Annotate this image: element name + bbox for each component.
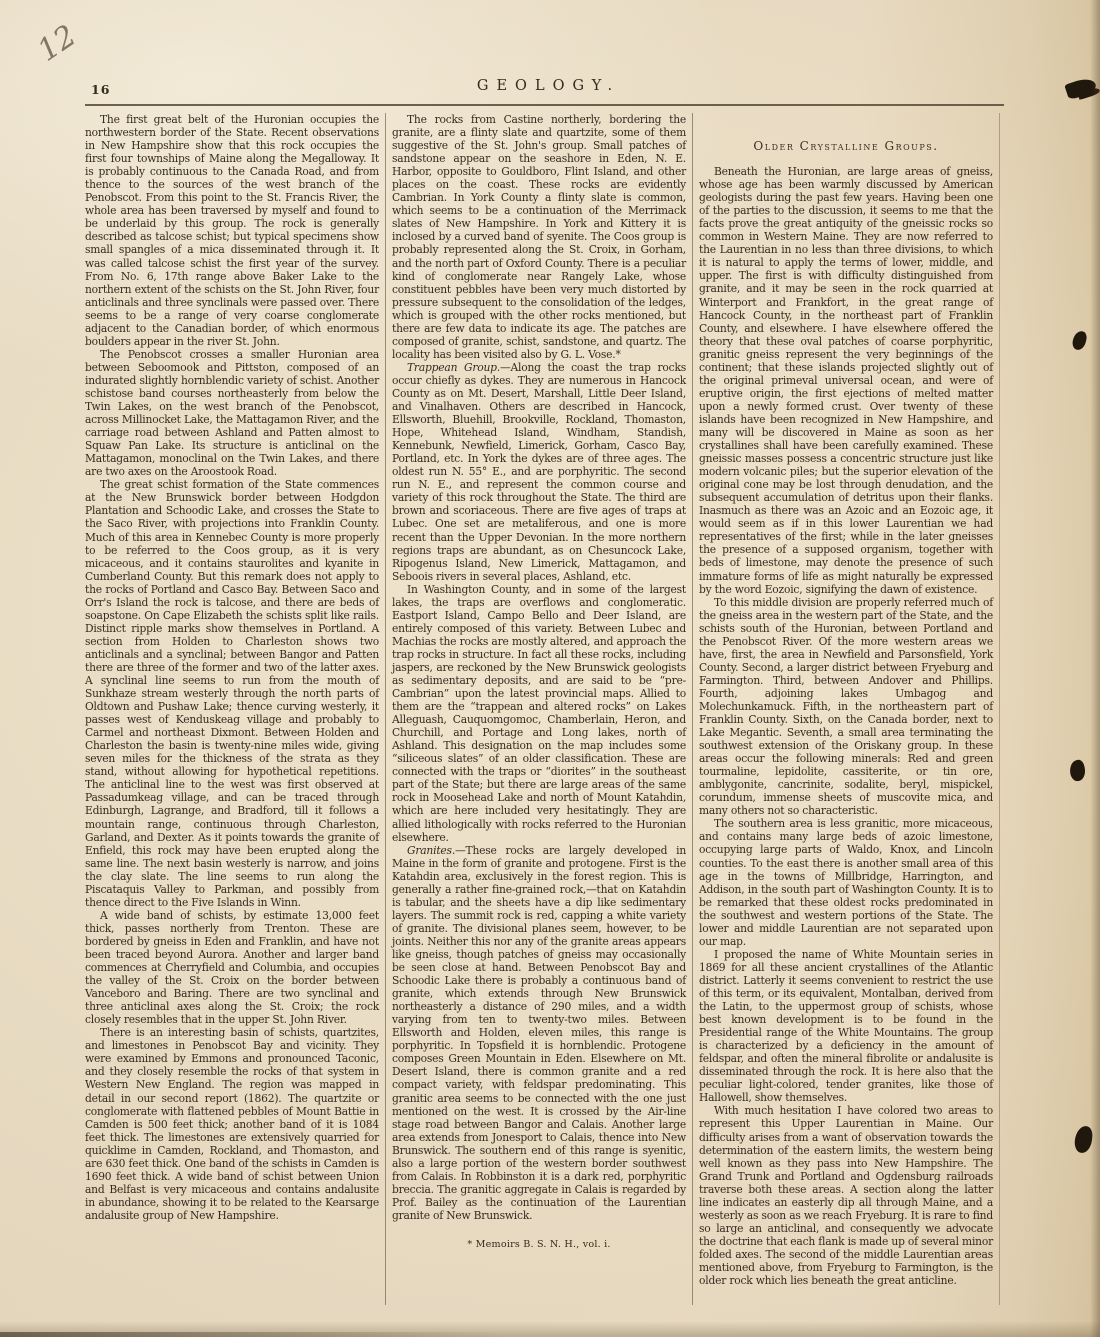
page-edge-shadow (1090, 0, 1100, 1337)
page-number: 16 (91, 82, 110, 97)
paragraph: Trappean Group.—Along the coast the trap… (392, 361, 686, 583)
paragraph: The Penobscot crosses a smaller Huronian… (85, 348, 379, 478)
footnote: * Memoirs B. S. N. H., vol. i. (392, 1238, 686, 1251)
paragraph: The first great belt of the Huronian occ… (85, 113, 379, 348)
paragraph: The southern area is less granitic, more… (699, 817, 993, 947)
column-3: Older Crystalline Groups.Beneath the Hur… (699, 113, 993, 1311)
paragraph-lead-italic: Granites. (407, 844, 455, 857)
column-divider (385, 113, 386, 1305)
paragraph: With much hesitation I have colored two … (699, 1104, 993, 1287)
right-margin-rule (999, 113, 1000, 1305)
paragraph: The rocks from Castine northerly, border… (392, 113, 686, 361)
running-head: GEOLOGY. (85, 78, 1004, 94)
paragraph-lead-italic: Trappean Group. (407, 361, 500, 374)
handwritten-mark: 12 (31, 18, 82, 68)
paragraph: The great schist formation of the State … (85, 478, 379, 909)
paragraph: There is an interesting basin of schists… (85, 1026, 379, 1222)
paragraph: Granites.—These rocks are largely develo… (392, 844, 686, 1222)
paragraph: Beneath the Huronian, are large areas of… (699, 165, 993, 596)
column-2: The rocks from Castine northerly, border… (392, 113, 686, 1311)
paragraph: I proposed the name of White Mountain se… (699, 948, 993, 1105)
page-bottom-edge (0, 1332, 506, 1337)
scan-artifact (1069, 759, 1087, 782)
paragraph: In Washington County, and in some of the… (392, 583, 686, 844)
section-heading: Older Crystalline Groups. (699, 140, 993, 153)
page-header: 16 GEOLOGY. (85, 78, 1004, 102)
scan-artifact (1071, 330, 1088, 351)
paragraph: To this middle division are properly ref… (699, 596, 993, 818)
book-page: 12 16 GEOLOGY. The first great belt of t… (0, 0, 1100, 1337)
header-rule (85, 104, 1004, 106)
text-columns: The first great belt of the Huronian occ… (85, 113, 1006, 1311)
paragraph: A wide band of schists, by estimate 13,0… (85, 909, 379, 1026)
column-divider (692, 113, 693, 1305)
column-1: The first great belt of the Huronian occ… (85, 113, 379, 1311)
